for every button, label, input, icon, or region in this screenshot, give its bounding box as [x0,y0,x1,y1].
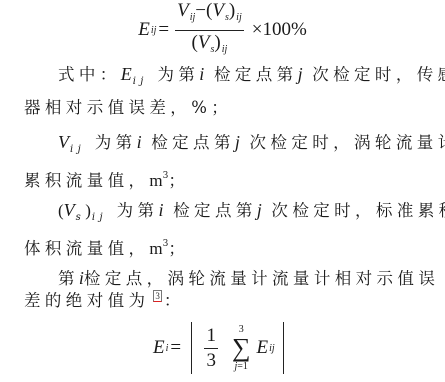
paragraph-4-line-2: 差的绝对值为3： [24,290,421,312]
paragraph-3-line-2: 体积流量值，m3； [24,233,421,260]
paragraph-1-line-1: 式中：Eij 为第i 检定点第j 次检定时，传感 [58,63,421,93]
numerator: Vij−(Vs)ij [175,0,244,31]
relative-error-formula: Eij = Vij−(Vs)ij (Vs)ij ×100% [0,2,445,58]
paragraph-2-line-1: Vij 为第i 检定点第j 次检定时，涡轮流量计 [58,131,421,161]
paragraph-3-line-1: (Vs)ij 为第i 检定点第j 次检定时，标准累积 [58,199,421,229]
paragraph-2-line-2: 累积流量值，m3； [24,165,421,192]
abs-bar-left [191,322,192,374]
denominator: (Vs)ij [192,31,228,61]
formula-lhs: E [138,19,150,41]
sigma-icon: ∑ [232,335,251,361]
multiplier: ×100% [252,19,307,41]
paragraph-4-line-1: 第i检定点，涡轮流量计流量计相对示值误 [58,267,421,290]
reference-link[interactable]: 3 [153,290,162,302]
paragraph-1-line-2: 器相对示值误差，%； [24,97,421,119]
one-third-fraction: 1 3 [204,325,218,372]
fraction: Vij−(Vs)ij (Vs)ij [175,0,244,61]
absolute-error-formula: Ei = 1 3 3 ∑ j=1 Eij [0,318,445,378]
summation: 3 ∑ j=1 [232,324,251,372]
abs-bar-right [283,322,284,374]
